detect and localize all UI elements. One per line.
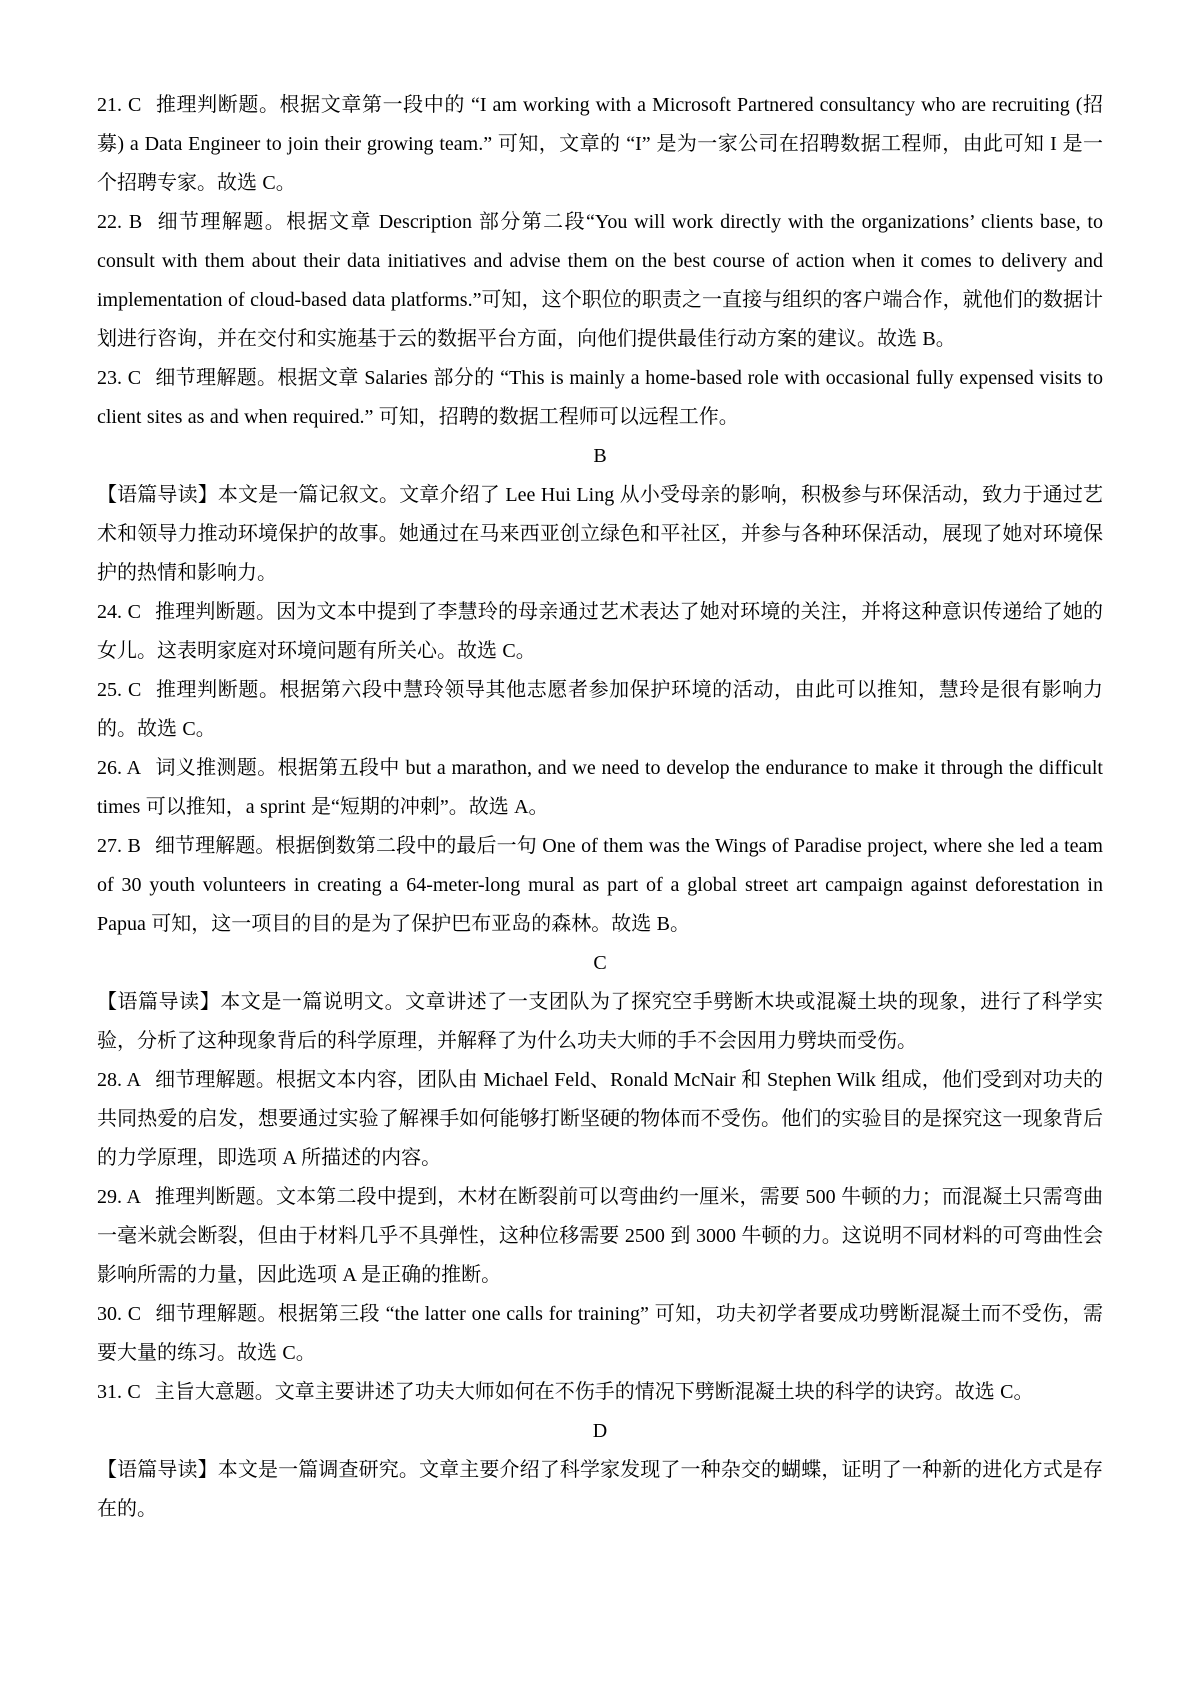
- answer-number-29: 29. A: [97, 1186, 155, 1208]
- passage-intro-d: 【语篇导读】本文是一篇调查研究。文章主要介绍了科学家发现了一种杂交的蝴蝶，证明了…: [97, 1451, 1103, 1529]
- answer-item-24: 24. C推理判断题。因为文本中提到了李慧玲的母亲通过艺术表达了她对环境的关注，…: [97, 593, 1103, 671]
- answer-item-27: 27. B细节理解题。根据倒数第二段中的最后一句 One of them was…: [97, 827, 1103, 944]
- answer-number-26: 26. A: [97, 757, 155, 779]
- answer-item-29: 29. A推理判断题。文本第二段中提到，木材在断裂前可以弯曲约一厘米，需要 50…: [97, 1178, 1103, 1295]
- answer-item-28: 28. A细节理解题。根据文本内容，团队由 Michael Feld、Ronal…: [97, 1061, 1103, 1178]
- answer-number-23: 23. C: [97, 367, 155, 389]
- answer-key-page: 21. C推理判断题。根据文章第一段中的 “I am working with …: [0, 0, 1200, 1698]
- answer-item-23: 23. C细节理解题。根据文章 Salaries 部分的 “This is ma…: [97, 359, 1103, 437]
- section-letter-d: D: [97, 1412, 1103, 1451]
- answer-item-21: 21. C推理判断题。根据文章第一段中的 “I am working with …: [97, 86, 1103, 203]
- answer-item-25: 25. C推理判断题。根据第六段中慧玲领导其他志愿者参加保护环境的活动，由此可以…: [97, 671, 1103, 749]
- answer-explanation-22: 细节理解题。根据文章 Description 部分第二段“You will wo…: [97, 211, 1103, 350]
- answer-number-31: 31. C: [97, 1381, 155, 1403]
- answer-number-30: 30. C: [97, 1303, 155, 1325]
- answer-number-25: 25. C: [97, 679, 155, 701]
- answer-number-22: 22. B: [97, 211, 156, 233]
- answer-explanation-30: 细节理解题。根据第三段 “the latter one calls for tr…: [97, 1303, 1103, 1364]
- answer-item-31: 31. C主旨大意题。文章主要讲述了功夫大师如何在不伤手的情况下劈断混凝土块的科…: [97, 1373, 1103, 1412]
- answer-item-26: 26. A词义推测题。根据第五段中 but a marathon, and we…: [97, 749, 1103, 827]
- section-letter-c: C: [97, 944, 1103, 983]
- answer-item-22: 22. B细节理解题。根据文章 Description 部分第二段“You wi…: [97, 203, 1103, 359]
- section-letter-b: B: [97, 437, 1103, 476]
- answer-explanation-28: 细节理解题。根据文本内容，团队由 Michael Feld、Ronald McN…: [97, 1069, 1103, 1169]
- answer-item-30: 30. C细节理解题。根据第三段 “the latter one calls f…: [97, 1295, 1103, 1373]
- answer-explanation-29: 推理判断题。文本第二段中提到，木材在断裂前可以弯曲约一厘米，需要 500 牛顿的…: [97, 1186, 1103, 1286]
- answer-explanation-25: 推理判断题。根据第六段中慧玲领导其他志愿者参加保护环境的活动，由此可以推知，慧玲…: [97, 679, 1103, 740]
- answer-number-21: 21. C: [97, 94, 155, 116]
- answer-explanation-26: 词义推测题。根据第五段中 but a marathon, and we need…: [97, 757, 1103, 818]
- answer-explanation-31: 主旨大意题。文章主要讲述了功夫大师如何在不伤手的情况下劈断混凝土块的科学的诀窍。…: [155, 1381, 1034, 1403]
- answer-explanation-27: 细节理解题。根据倒数第二段中的最后一句 One of them was the …: [97, 835, 1103, 935]
- answer-number-28: 28. A: [97, 1069, 155, 1091]
- answer-explanation-21: 推理判断题。根据文章第一段中的 “I am working with a Mic…: [97, 94, 1103, 194]
- answer-explanation-24: 推理判断题。因为文本中提到了李慧玲的母亲通过艺术表达了她对环境的关注，并将这种意…: [97, 601, 1103, 662]
- passage-intro-c: 【语篇导读】本文是一篇说明文。文章讲述了一支团队为了探究空手劈断木块或混凝土块的…: [97, 983, 1103, 1061]
- passage-intro-b: 【语篇导读】本文是一篇记叙文。文章介绍了 Lee Hui Ling 从小受母亲的…: [97, 476, 1103, 593]
- answer-explanation-23: 细节理解题。根据文章 Salaries 部分的 “This is mainly …: [97, 367, 1103, 428]
- answer-number-24: 24. C: [97, 601, 155, 623]
- answer-number-27: 27. B: [97, 835, 155, 857]
